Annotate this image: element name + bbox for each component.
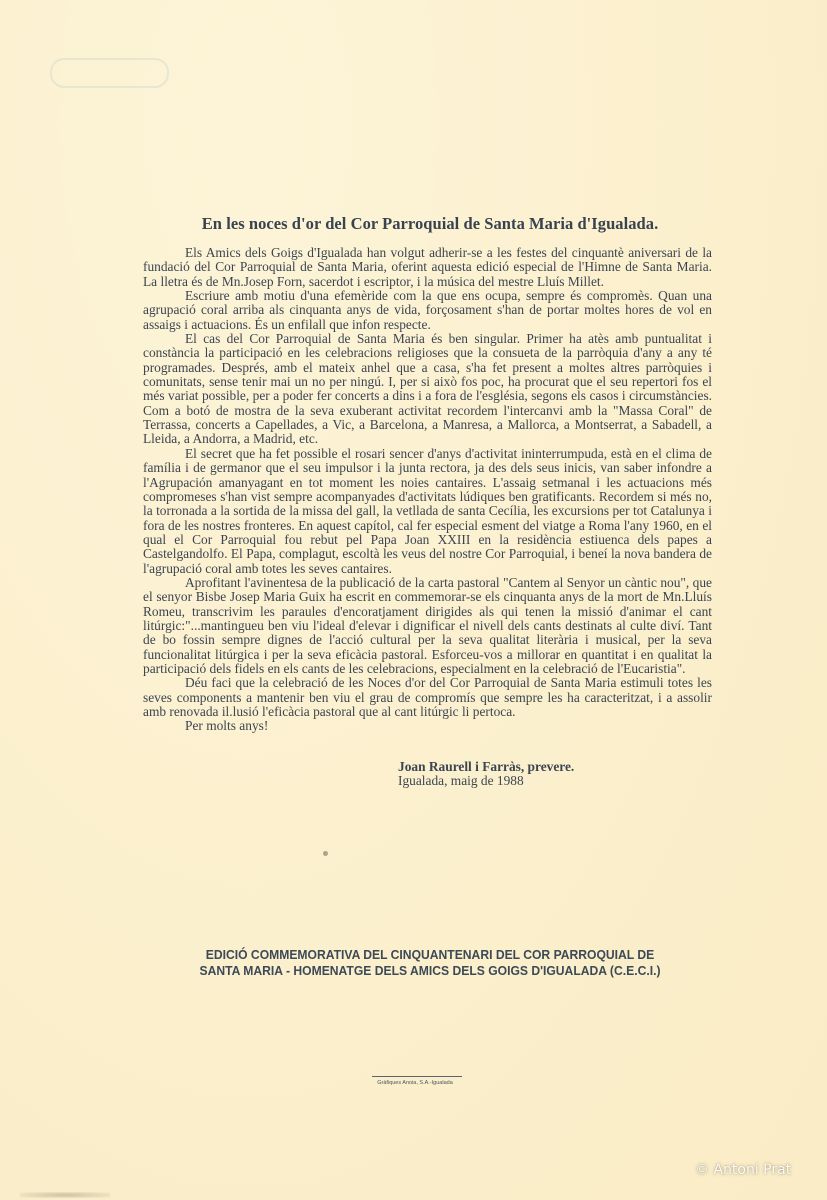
- printer-divider: [372, 1076, 462, 1077]
- document-title: En les noces d'or del Cor Parroquial de …: [150, 214, 710, 234]
- printer-credit: Gràfiques Anoia, S.A.-Igualada: [340, 1080, 490, 1086]
- paper-smudge: [20, 1192, 110, 1198]
- document-page: En les noces d'or del Cor Parroquial de …: [0, 0, 827, 1200]
- copyright-watermark: © Antoni Prat: [695, 1162, 791, 1178]
- edition-note-line-2: SANTA MARIA - HOMENATGE DELS AMICS DELS …: [172, 963, 687, 979]
- paragraph: Per molts anys!: [143, 719, 712, 733]
- edition-note: EDICIÓ COMMEMORATIVA DEL CINQUANTENARI D…: [172, 947, 687, 978]
- paragraph: Aprofitant l'avinentesa de la publicació…: [143, 576, 712, 676]
- paragraph: Déu faci que la celebració de les Noces …: [143, 676, 712, 719]
- signature-place-date: Igualada, maig de 1988: [398, 774, 574, 788]
- edition-note-line-1: EDICIÓ COMMEMORATIVA DEL CINQUANTENARI D…: [172, 947, 687, 963]
- faint-sketch-mark: [50, 58, 169, 88]
- paragraph: El cas del Cor Parroquial de Santa Maria…: [143, 332, 712, 447]
- paragraph: Escriure amb motiu d'una efemèride com l…: [143, 289, 712, 332]
- document-body: Els Amics dels Goigs d'Igualada han volg…: [143, 246, 712, 734]
- ink-speck: [323, 851, 328, 856]
- paragraph: El secret que ha fet possible el rosari …: [143, 447, 712, 576]
- signature-name: Joan Raurell i Farràs, prevere.: [398, 760, 574, 774]
- signature-block: Joan Raurell i Farràs, prevere. Igualada…: [398, 760, 574, 789]
- paragraph: Els Amics dels Goigs d'Igualada han volg…: [143, 246, 712, 289]
